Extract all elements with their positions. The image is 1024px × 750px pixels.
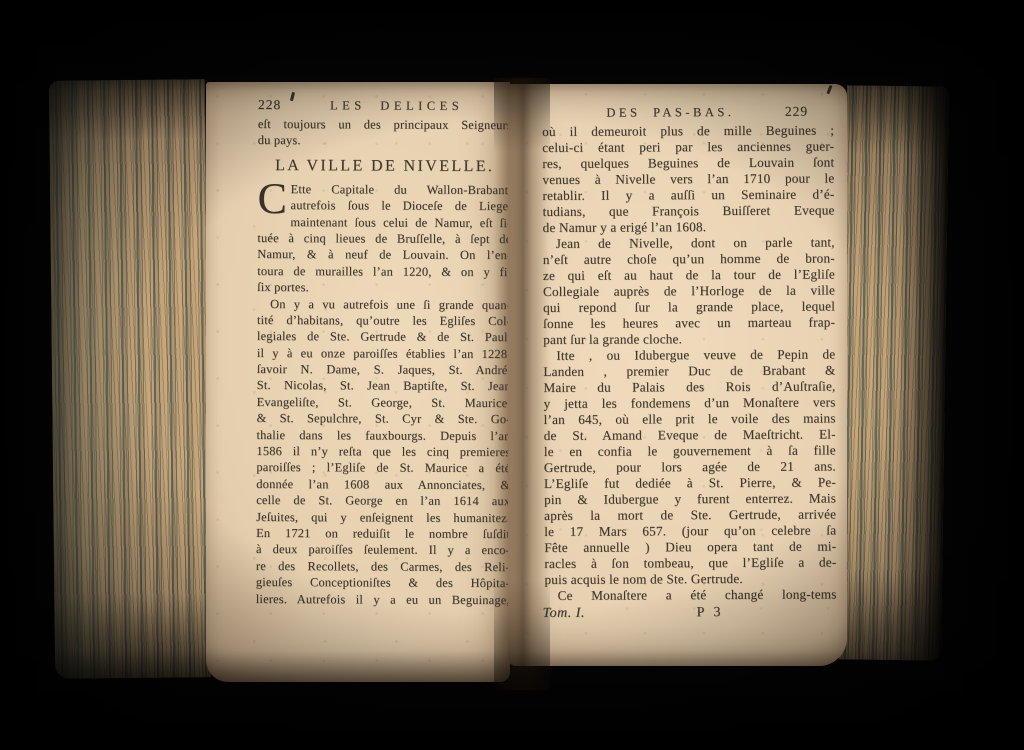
text-line: pant ſur la grande cloche. — [543, 330, 835, 348]
text-line: ſonne les heures avec un marteau frap- — [543, 314, 835, 332]
text-line: du pays. — [258, 132, 512, 149]
text-line: où il demeuroit plus de mille Beguines ; — [542, 122, 834, 140]
text-line: Fête annuelle ) Dieu opera tant de mi- — [544, 538, 836, 556]
drop-cap-initial: C — [257, 182, 286, 216]
text-line: re des Recollets, des Carmes, des Reli- — [256, 558, 510, 575]
text-line: lieres. Autrefois il y a eu un Beguinage… — [256, 591, 510, 608]
text-line: L’Egliſe fut dediée à St. Pierre, & Pe- — [544, 474, 836, 492]
running-header-left: 228 LES DELICES — [258, 96, 512, 114]
text-line: retablir. Il y a auſſi un Seminaire d’é- — [542, 186, 834, 204]
text-line: tudians, que François Buiſſeret Eveque — [543, 202, 835, 220]
text-line: En 1721 on reduiſit le nombre ſuſdit — [256, 525, 510, 542]
text-line: y jetta les fondemens d’un Monaſtere ver… — [544, 394, 836, 412]
fore-edge-right-page-stack — [839, 85, 949, 660]
text-line: maintenant ſous celui de Namur, eſt ſi- — [290, 214, 511, 231]
paragraph-itte-gertrude: Itte , ou Idubergue veuve de Pepin deLan… — [543, 346, 836, 604]
page-number-right: 229 — [785, 102, 834, 119]
text-line: venues à Nivelle vers l’an 1710 pour le — [542, 170, 834, 188]
text-line: pin & Idubergue y furent enterrez. Mais — [544, 490, 836, 508]
text-line: il y à eu onze paroiſſes établies l’an 1… — [257, 345, 511, 362]
text-line: toura de murailles l’an 1220, & on y fit — [257, 263, 511, 280]
text-line: autrefois ſous le Dioceſe de Liege, — [290, 197, 511, 214]
text-line: Evangeliſte, St. George, St. Maurice, — [257, 394, 511, 411]
text-line: Gertrude, pour lors agée de 21 ans. — [544, 458, 836, 476]
text-line: paroiſſes ; l’Egliſe de St. Maurice a ét… — [256, 459, 510, 476]
text-line: legiales de Ste. Gertrude & de St. Paul, — [257, 328, 511, 345]
volume-label: Tom. I. — [543, 606, 585, 622]
text-line: St. Nicolas, St. Jean Baptiſte, St. Jean — [257, 377, 511, 394]
text-line: 1586 il n’y reſta que les cinq premieres — [256, 443, 510, 460]
text-line: Itte , ou Idubergue veuve de Pepin de — [543, 346, 835, 364]
text-line: de St. Amand Eveque de Maeſtricht. El- — [544, 426, 836, 444]
intro-paragraph: eſt toujours un des principaux Seigneurs… — [258, 116, 512, 150]
text-line: le en confia le gouvernement à ſa fille — [544, 442, 836, 460]
text-line: & St. Sepulchre, St. Cyr & Ste. Go- — [257, 410, 511, 427]
text-line: Ette Capitale du Wallon-Brabant, — [291, 181, 512, 198]
text-line: ze qui eſt au haut de la tour de l’Egliſ… — [543, 266, 835, 284]
text-line: tuée à cinq lieues de Bruſſelle, à ſept … — [257, 230, 511, 247]
running-title-left: LES DELICES — [281, 97, 512, 115]
text-line: On y a vu autrefois une ſi grande quan- — [257, 296, 511, 313]
running-header-right: DES PAS-BAS. 229 — [542, 102, 834, 121]
text-line: Ce Monaſtere a été changé long-tems — [545, 586, 837, 604]
text-line: puis acquis le nom de Ste. Gertrude. — [544, 570, 836, 588]
text-line: Jean de Nivelle, dont on parle tant, — [543, 234, 835, 252]
section-heading: LA VILLE DE NIVELLE. — [258, 157, 512, 176]
text-line: racles à ſon tombeau, que l’Egliſe a de- — [544, 554, 836, 572]
text-line: thalie dans les fauxbourgs. Depuis l’an — [256, 427, 510, 444]
text-line: donnée l’an 1608 aux Annonciates, & — [256, 476, 510, 493]
text-line: Jeſuites, qui y enſeignent les humanitez… — [256, 509, 510, 526]
text-line: de Namur y a erigé l’an 1608. — [543, 218, 835, 236]
text-line: qui repond ſur la grande place, lequel — [543, 298, 835, 316]
text-line: celle de St. George en l’an 1614 aux — [256, 492, 510, 509]
right-page: DES PAS-BAS. 229 où il demeuroit plus de… — [508, 84, 847, 666]
text-line: Namur, & à neuf de Louvain. On l’en- — [257, 246, 511, 263]
text-line: le 17 Mars 657. (jour qu’on celebre ſa — [544, 522, 836, 540]
paragraph-beguines: où il demeuroit plus de mille Beguines ;… — [542, 122, 835, 236]
text-line: celui-ci étant peri par les anciennes gu… — [542, 138, 834, 156]
paragraph-nivelle-description: CEtte Capitale du Wallon-Brabant,autrefo… — [257, 181, 511, 297]
text-line: Landen , premier Duc de Brabant & — [543, 362, 835, 380]
text-line: Collegiale auprès de l’Horloge de la vil… — [543, 282, 835, 300]
gathering-signature: P 3 — [697, 605, 724, 621]
text-line: res, quelques Beguines de Louvain ſont — [542, 154, 834, 172]
paragraph-jean-de-nivelle: Jean de Nivelle, dont on parle tant,n’eſ… — [543, 234, 836, 348]
page-number-left: 228 — [258, 96, 281, 113]
text-line: Maire du Palais des Rois d’Auſtraſie, — [543, 378, 835, 396]
text-line: ſix portes. — [257, 279, 511, 296]
fore-edge-left-page-stack — [49, 79, 211, 679]
text-line: après la mort de Ste. Gertrude, arrivée — [544, 506, 836, 524]
open-book-photo: 228 LES DELICES eſt toujours un des prin… — [0, 0, 1024, 750]
left-page: 228 LES DELICES eſt toujours un des prin… — [206, 82, 510, 682]
signature-line: Tom. I. P 3 — [545, 604, 837, 624]
left-page-text: 228 LES DELICES eſt toujours un des prin… — [256, 96, 512, 608]
running-title-right: DES PAS-BAS. — [542, 104, 785, 122]
text-line: eſt toujours un des principaux Seigneurs — [258, 116, 512, 133]
text-line: à deux paroiſſes ſeulement. Il y a enco- — [256, 541, 510, 558]
text-line: l’an 645, où elle prit le voile des main… — [544, 410, 836, 428]
paragraph-nivelle-churches: On y a vu autrefois une ſi grande quan-t… — [256, 296, 511, 609]
right-page-text: DES PAS-BAS. 229 où il demeuroit plus de… — [542, 102, 837, 624]
text-line: ſavoir N. Dame, S. Jaques, St. André, — [257, 361, 511, 378]
text-line: gieuſes Conceptioniſtes & des Hôpita- — [256, 574, 510, 591]
text-line: tité d’habitans, qu’outre les Egliſes Co… — [257, 312, 511, 329]
text-line: n’eſt autre choſe qu’un homme de bron- — [543, 250, 835, 268]
